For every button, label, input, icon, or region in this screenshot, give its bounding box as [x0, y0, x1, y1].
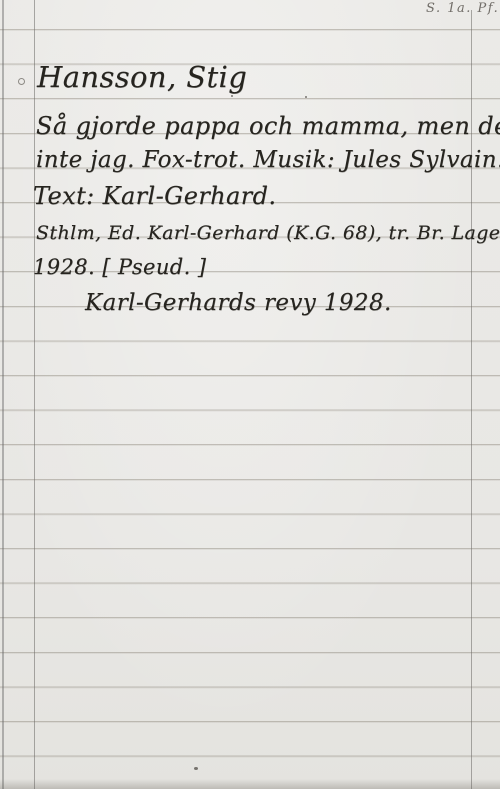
classification-code: S. 1a. Pf. [426, 1, 499, 16]
body-line-3: Text: Karl-Gerhard. [33, 182, 276, 210]
circle-mark [18, 78, 25, 85]
ruled-lines-faint [0, 30, 500, 789]
left-margin-line [34, 0, 35, 789]
revue-note-line: Karl-Gerhards revy 1928. [85, 290, 392, 316]
imprint-line-2: 1928. [ Pseud. ] [33, 255, 206, 279]
body-line-1: Så gjorde pappa och mamma, men det gör [36, 112, 500, 140]
paper-speck [231, 95, 233, 97]
paper-speck [194, 767, 198, 770]
card-heading: Hansson, Stig [37, 60, 247, 94]
bottom-edge-shadow [0, 779, 500, 789]
catalog-card: S. 1a. Pf. Hansson, Stig Så gjorde pappa… [0, 0, 500, 789]
paper-speck [305, 96, 307, 98]
left-edge-line [2, 0, 4, 789]
body-line-2: inte jag. Fox-trot. Musik: Jules Sylvain… [36, 147, 500, 173]
imprint-line-1: Sthlm, Ed. Karl-Gerhard (K.G. 68), tr. B… [36, 222, 500, 244]
